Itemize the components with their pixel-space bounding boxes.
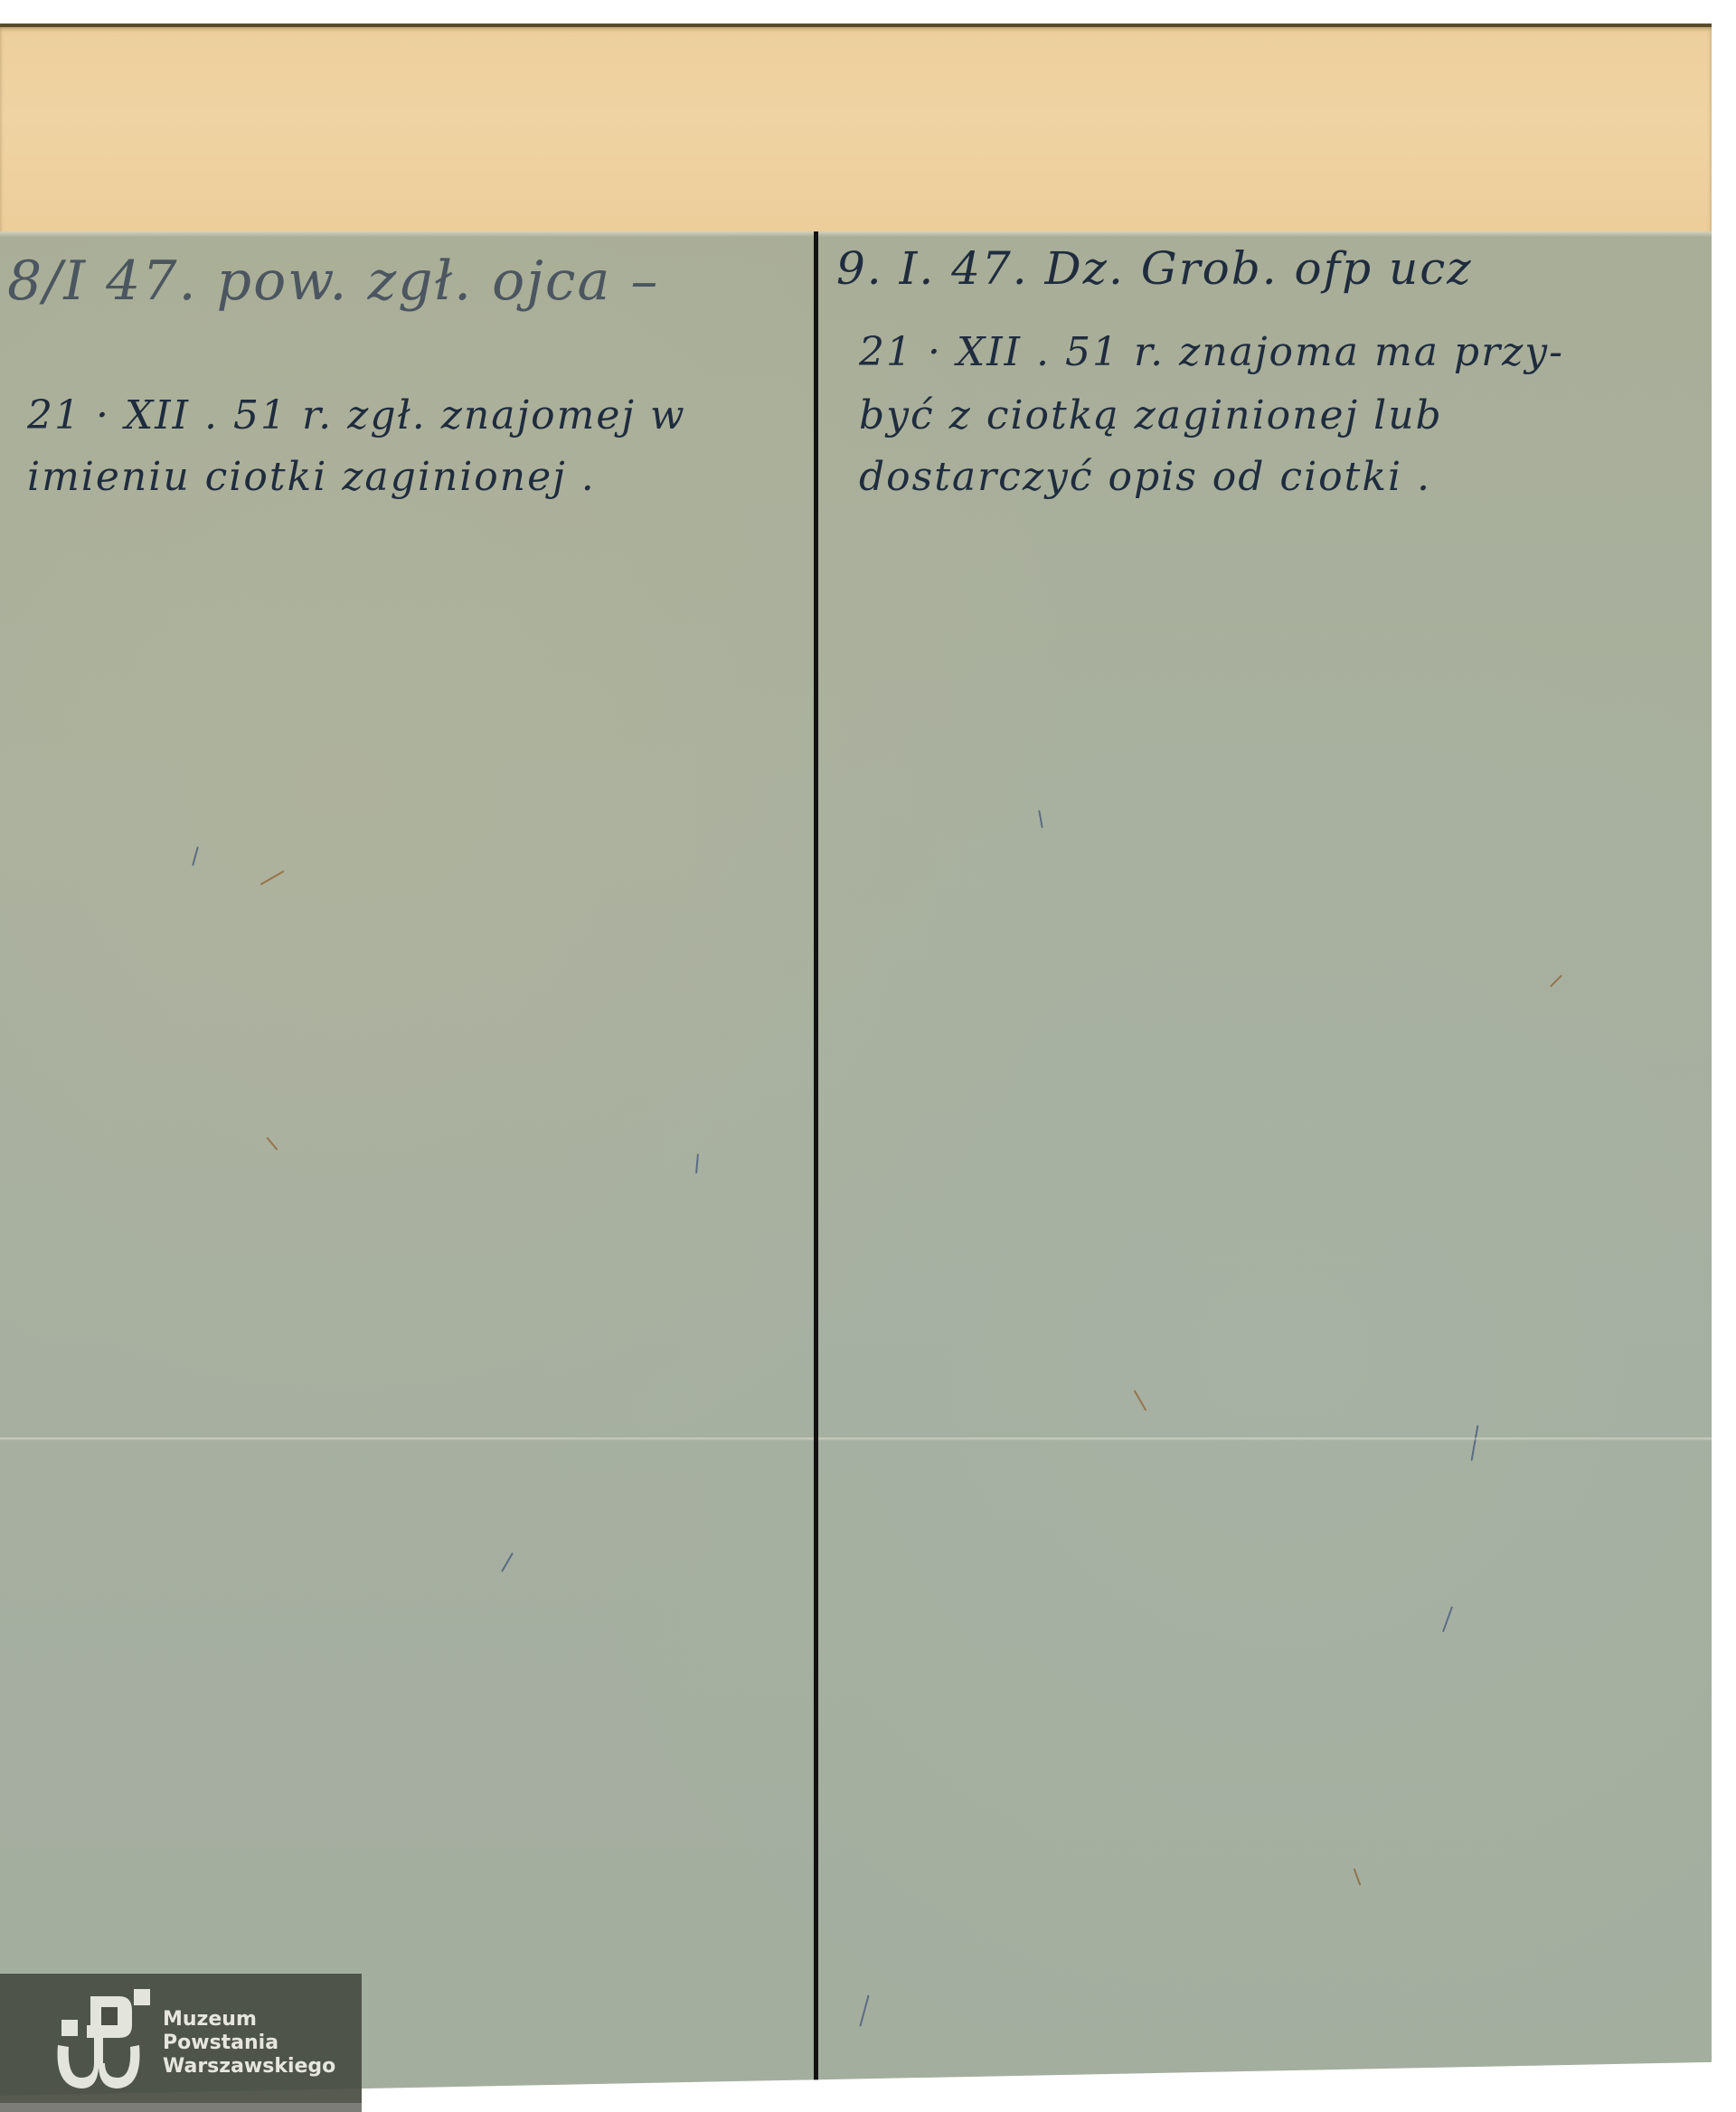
- watermark-bottom-strip: [0, 2103, 362, 2112]
- tan-backing-card: [0, 24, 1712, 253]
- museum-watermark: Muzeum Powstania Warszawskiego: [0, 1974, 362, 2112]
- left-entry-line-2: imieniu ciotki zaginionej .: [27, 454, 596, 500]
- right-column-title: 9. I. 47. Dz. Grob. ofp ucz: [836, 242, 1473, 295]
- paper-fiber: [1442, 1607, 1453, 1633]
- paper-fiber: [1354, 1868, 1362, 1885]
- left-entry-line-1: 21 · XII . 51 r. zgł. znajomej w: [27, 392, 686, 438]
- paper-fiber: [260, 871, 285, 886]
- right-entry-line-2: być z ciotką zaginionej lub: [859, 392, 1443, 438]
- left-column-title: 8/I 47. pow. zgł. ojca –: [7, 250, 659, 313]
- museum-name: Muzeum Powstania Warszawskiego: [163, 2008, 335, 2079]
- kotwica-anchor-emblem-icon: [45, 1989, 154, 2098]
- paper-fiber: [192, 846, 199, 866]
- document-scan: 8/I 47. pow. zgł. ojca – 21 · XII . 51 r…: [0, 0, 1736, 2112]
- paper-fiber: [1038, 810, 1043, 828]
- index-card: 8/I 47. pow. zgł. ojca – 21 · XII . 51 r…: [0, 231, 1712, 2096]
- right-entry-line-3: dostarczyć opis od ciotki .: [859, 454, 1431, 500]
- museum-name-line-3: Warszawskiego: [163, 2055, 335, 2079]
- paper-fiber: [266, 1136, 278, 1150]
- museum-name-line-2: Powstania: [163, 2032, 335, 2055]
- paper-fiber: [859, 1994, 869, 2026]
- card-top-edge: [0, 231, 1712, 237]
- right-entry-line-1: 21 · XII . 51 r. znajoma ma przy-: [859, 329, 1564, 375]
- paper-fiber: [1134, 1390, 1147, 1411]
- paper-fiber: [1471, 1425, 1479, 1461]
- paper-fiber: [1550, 975, 1562, 987]
- museum-name-line-1: Muzeum: [163, 2008, 335, 2032]
- paper-fiber: [501, 1552, 514, 1572]
- horizontal-fold-line: [0, 1438, 1712, 1440]
- column-divider-line: [814, 231, 818, 2096]
- paper-fiber: [695, 1154, 699, 1174]
